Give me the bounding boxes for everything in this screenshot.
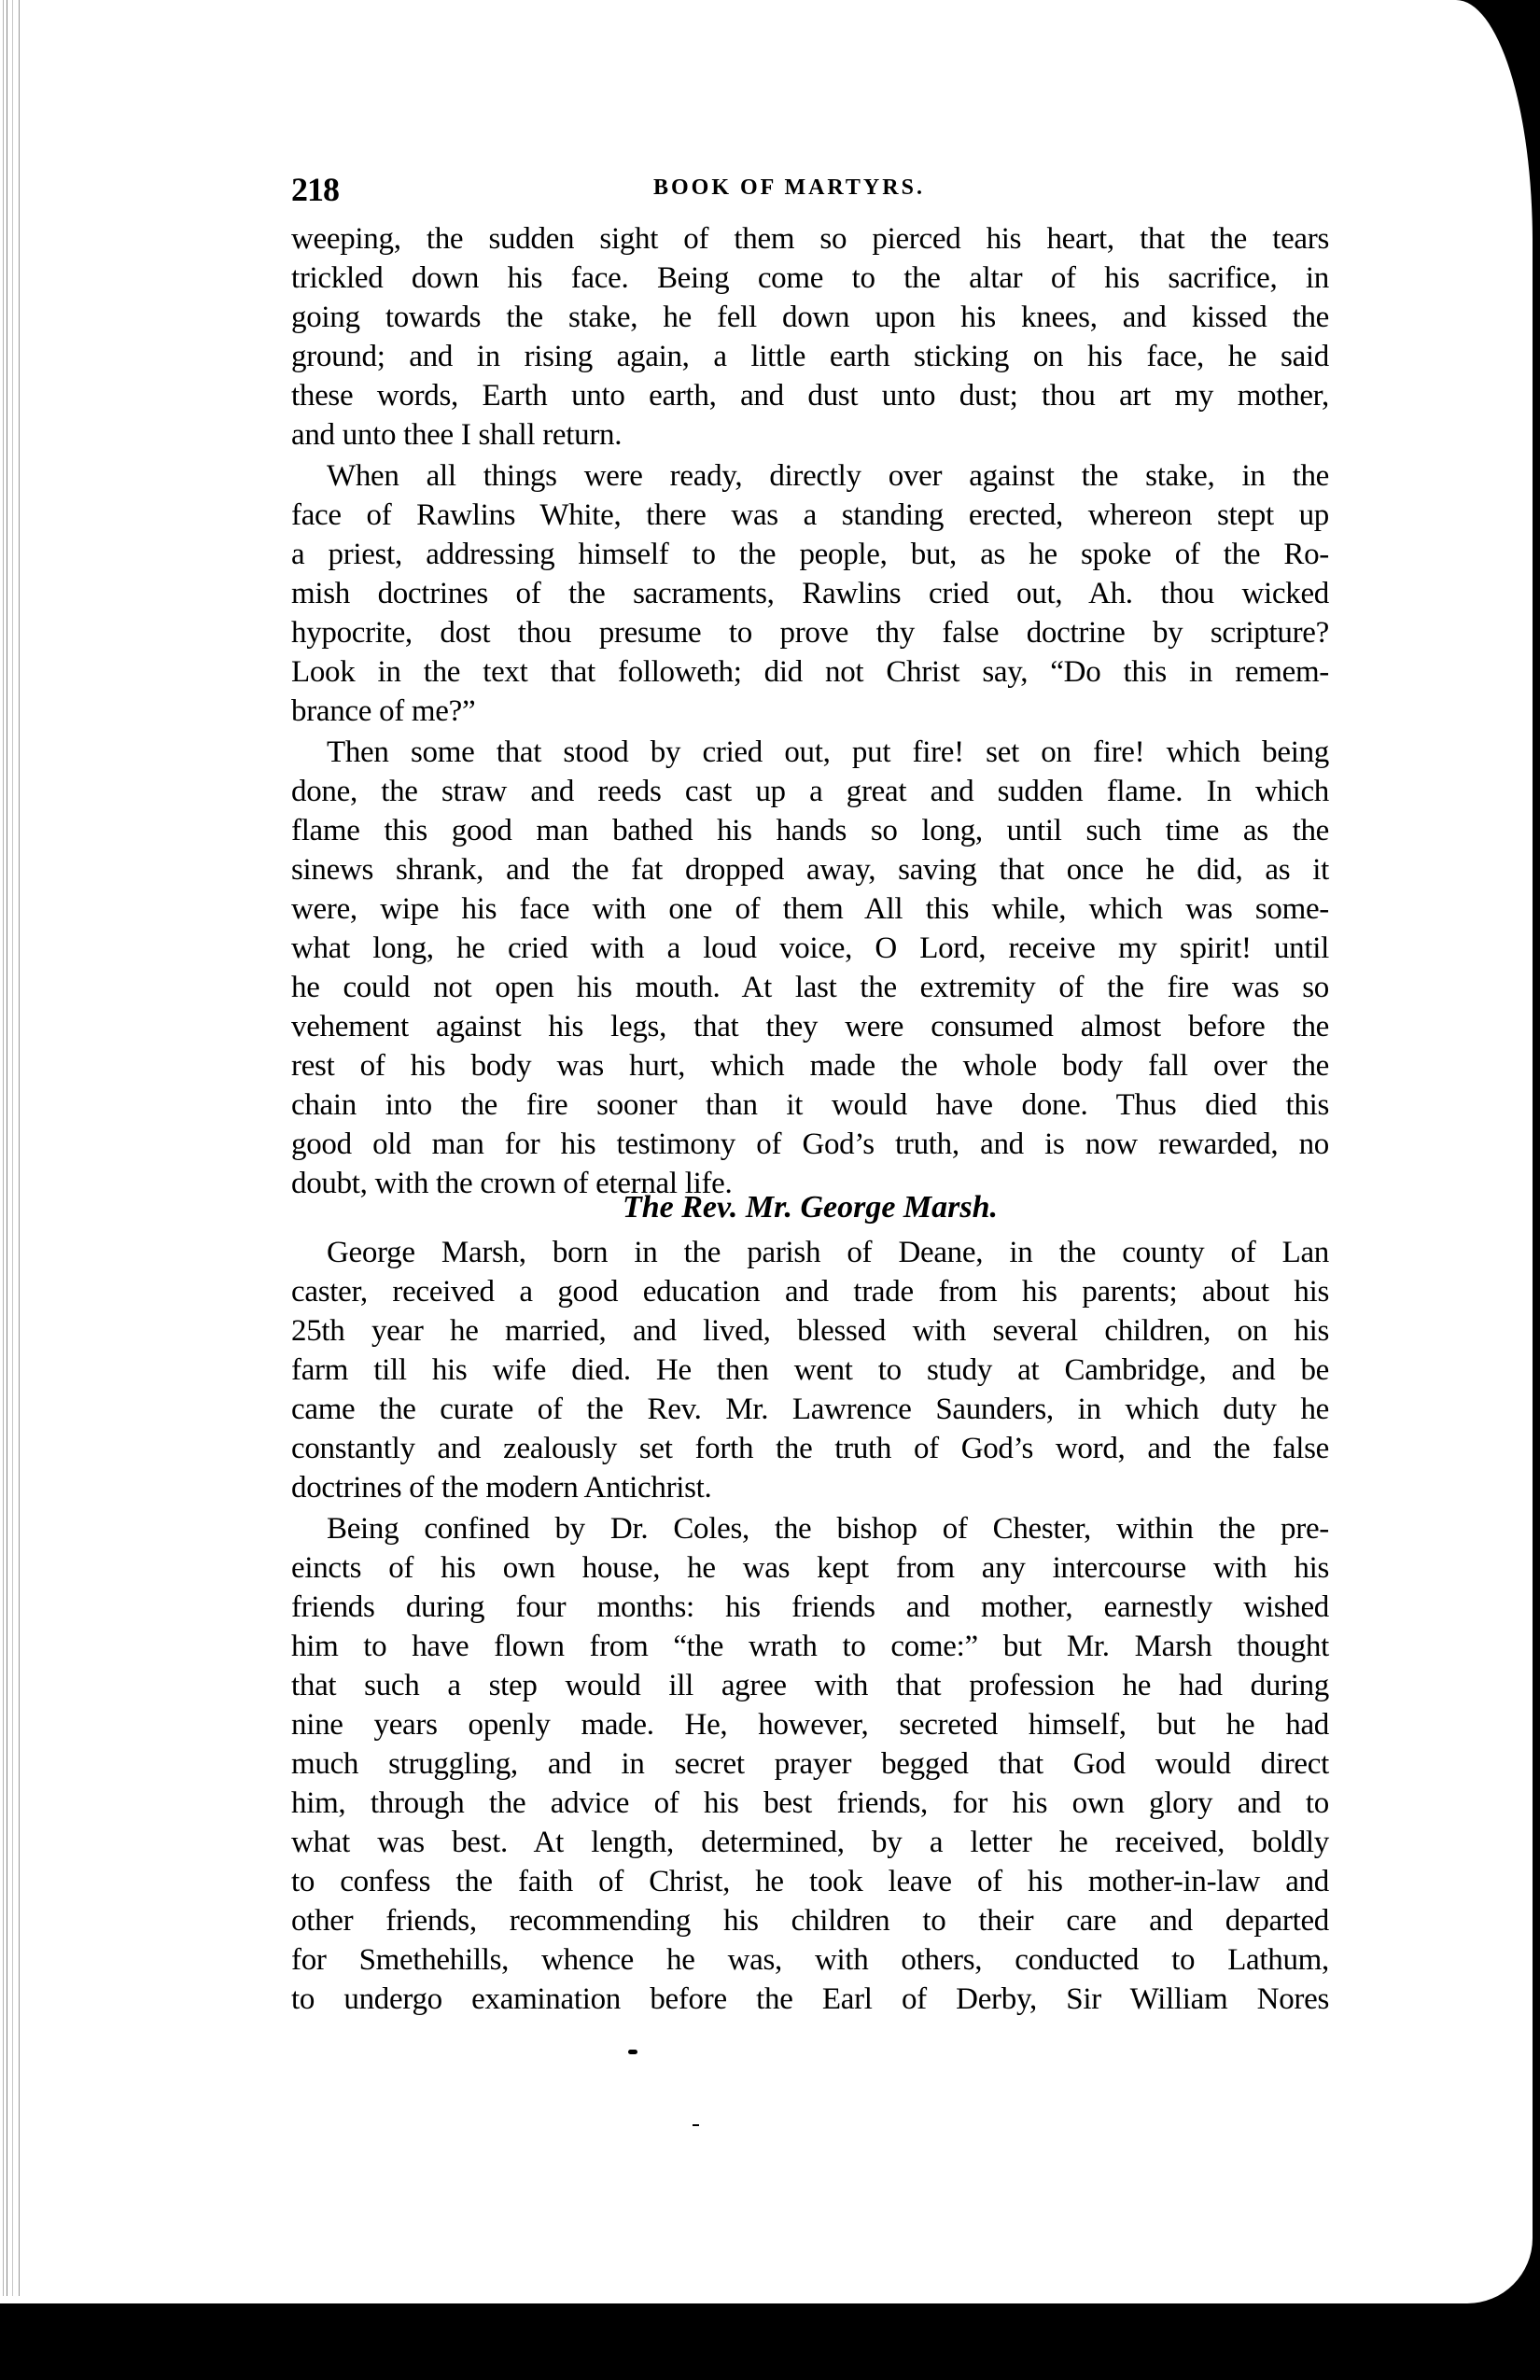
text-line: other friends, recommending his children…	[291, 1902, 1329, 1939]
page-header: 218 BOOK OF MARTYRS.	[291, 170, 1329, 207]
text-line: friends during four months: his friends …	[291, 1589, 1329, 1626]
section-heading: The Rev. Mr. George Marsh.	[291, 1189, 1329, 1226]
text-line: brance of me?”	[291, 693, 1329, 730]
text-line: he could not open his mouth. At last the…	[291, 969, 1329, 1006]
text-line: Look in the text that followeth; did not…	[291, 653, 1329, 691]
text-line: and unto thee I shall return.	[291, 416, 1329, 454]
text-line: flame this good man bathed his hands so …	[291, 812, 1329, 849]
text-line: were, wipe his face with one of them All…	[291, 890, 1329, 928]
text-line: done, the straw and reeds cast up a grea…	[291, 773, 1329, 810]
text-line: weeping, the sudden sight of them so pie…	[291, 220, 1329, 258]
text-line: When all things were ready, directly ove…	[291, 457, 1329, 495]
text-line: these words, Earth unto earth, and dust …	[291, 377, 1329, 414]
text-line: him to have flown from “the wrath to com…	[291, 1628, 1329, 1665]
text-line: caster, received a good education and tr…	[291, 1273, 1329, 1310]
text-line: rest of his body was hurt, which made th…	[291, 1047, 1329, 1085]
text-line: ground; and in rising again, a little ea…	[291, 338, 1329, 375]
text-line: eincts of his own house, he was kept fro…	[291, 1549, 1329, 1587]
text-line: chain into the fire sooner than it would…	[291, 1086, 1329, 1124]
text-line: that such a step would ill agree with th…	[291, 1667, 1329, 1704]
text-line: good old man for his testimony of God’s …	[291, 1126, 1329, 1163]
text-line: nine years openly made. He, however, sec…	[291, 1706, 1329, 1743]
text-line: farm till his wife died. He then went to…	[291, 1351, 1329, 1389]
text-line: much struggling, and in secret prayer be…	[291, 1745, 1329, 1783]
text-line: a priest, addressing himself to the peop…	[291, 536, 1329, 573]
text-line: for Smethehills, whence he was, with oth…	[291, 1941, 1329, 1979]
running-head: BOOK OF MARTYRS.	[653, 175, 925, 201]
ink-speck	[628, 2050, 637, 2054]
text-line: Being confined by Dr. Coles, the bishop …	[291, 1510, 1329, 1547]
text-line: Then some that stood by cried out, put f…	[291, 734, 1329, 771]
text-line: face of Rawlins White, there was a stand…	[291, 497, 1329, 534]
text-line: hypocrite, dost thou presume to prove th…	[291, 614, 1329, 651]
text-line: to undergo examination before the Earl o…	[291, 1981, 1329, 2018]
text-line: mish doctrines of the sacraments, Rawlin…	[291, 575, 1329, 612]
ink-speck	[693, 2124, 699, 2126]
text-line: to confess the faith of Christ, he took …	[291, 1863, 1329, 1900]
page-number: 218	[291, 170, 339, 209]
text-line: came the curate of the Rev. Mr. Lawrence…	[291, 1391, 1329, 1428]
book-binding-edge	[0, 0, 37, 2296]
text-line: George Marsh, born in the parish of Dean…	[291, 1234, 1329, 1271]
text-line: 25th year he married, and lived, blessed…	[291, 1312, 1329, 1350]
text-line: trickled down his face. Being come to th…	[291, 259, 1329, 297]
text-line: what was best. At length, determined, by…	[291, 1824, 1329, 1861]
text-line: what long, he cried with a loud voice, O…	[291, 930, 1329, 967]
text-line: constantly and zealously set forth the t…	[291, 1430, 1329, 1467]
text-line: vehement against his legs, that they wer…	[291, 1008, 1329, 1045]
text-line: doctrines of the modern Antichrist.	[291, 1469, 1329, 1506]
text-line: going towards the stake, he fell down up…	[291, 299, 1329, 336]
text-line: him, through the advice of his best frie…	[291, 1785, 1329, 1822]
text-line: sinews shrank, and the fat dropped away,…	[291, 851, 1329, 889]
